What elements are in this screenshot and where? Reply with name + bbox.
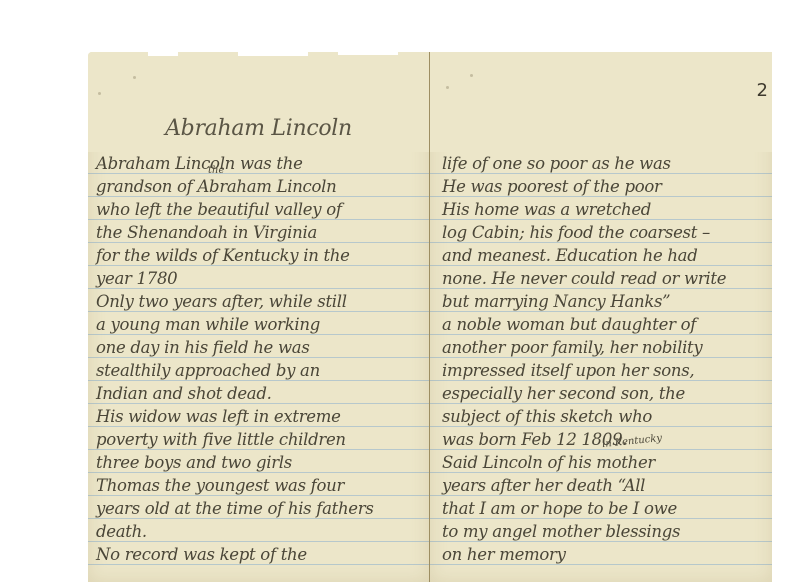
text-line: another poor family, her nobility — [442, 336, 726, 359]
left-page: Abraham Lincoln the Abraham Lincoln was … — [88, 52, 430, 582]
paper-speck — [446, 86, 449, 89]
text-line: to my angel mother blessings — [442, 520, 726, 543]
text-line: one day in his field he was — [96, 336, 374, 359]
text-line: that I am or hope to be I owe — [442, 497, 726, 520]
text-line: No record was kept of the — [96, 543, 374, 566]
right-page-text: life of one so poor as he was He was poo… — [442, 152, 726, 566]
text-line: impressed itself upon her sons, — [442, 359, 726, 382]
text-line: and meanest. Education he had — [442, 244, 726, 267]
text-line: log Cabin; his food the coarsest – — [442, 221, 726, 244]
text-line: years old at the time of his fathers — [96, 497, 374, 520]
torn-edge — [338, 52, 398, 55]
text-line: Abraham Lincoln was the — [96, 152, 374, 175]
text-line: Indian and shot dead. — [96, 382, 374, 405]
top-margin — [430, 52, 772, 152]
document-title: Abraham Lincoln — [88, 116, 429, 141]
text-line: a noble woman but daughter of — [442, 313, 726, 336]
text-line: Said Lincoln of his mother — [442, 451, 726, 474]
paper-speck — [470, 74, 473, 77]
text-line: three boys and two girls — [96, 451, 374, 474]
torn-edge — [148, 52, 178, 56]
text-line: for the wilds of Kentucky in the — [96, 244, 374, 267]
paper-speck — [133, 76, 136, 79]
left-page-text: Abraham Lincoln was the grandson of Abra… — [96, 152, 374, 566]
text-line: year 1780 — [96, 267, 374, 290]
text-line: life of one so poor as he was — [442, 152, 726, 175]
text-line: but marrying Nancy Hanks” — [442, 290, 726, 313]
torn-edge — [238, 52, 308, 56]
text-line: stealthily approached by an — [96, 359, 374, 382]
text-line: Thomas the youngest was four — [96, 474, 374, 497]
text-line: death. — [96, 520, 374, 543]
text-line: who left the beautiful valley of — [96, 198, 374, 221]
text-line: a young man while working — [96, 313, 374, 336]
page-number: 2 — [757, 80, 768, 101]
text-line: subject of this sketch who — [442, 405, 726, 428]
text-line: His home was a wretched — [442, 198, 726, 221]
paper-speck — [98, 92, 101, 95]
text-line: Only two years after, while still — [96, 290, 374, 313]
text-line: the Shenandoah in Virginia — [96, 221, 374, 244]
text-line: grandson of Abraham Lincoln — [96, 175, 374, 198]
right-page: 2 in Kentucky life of one so poor as he … — [430, 52, 772, 582]
text-line: on her memory — [442, 543, 726, 566]
text-line: years after her death “All — [442, 474, 726, 497]
text-line: He was poorest of the poor — [442, 175, 726, 198]
text-line: poverty with five little children — [96, 428, 374, 451]
text-line: was born Feb 12 1809. — [442, 428, 726, 451]
text-line: His widow was left in extreme — [96, 405, 374, 428]
text-line: especially her second son, the — [442, 382, 726, 405]
text-line: none. He never could read or write — [442, 267, 726, 290]
